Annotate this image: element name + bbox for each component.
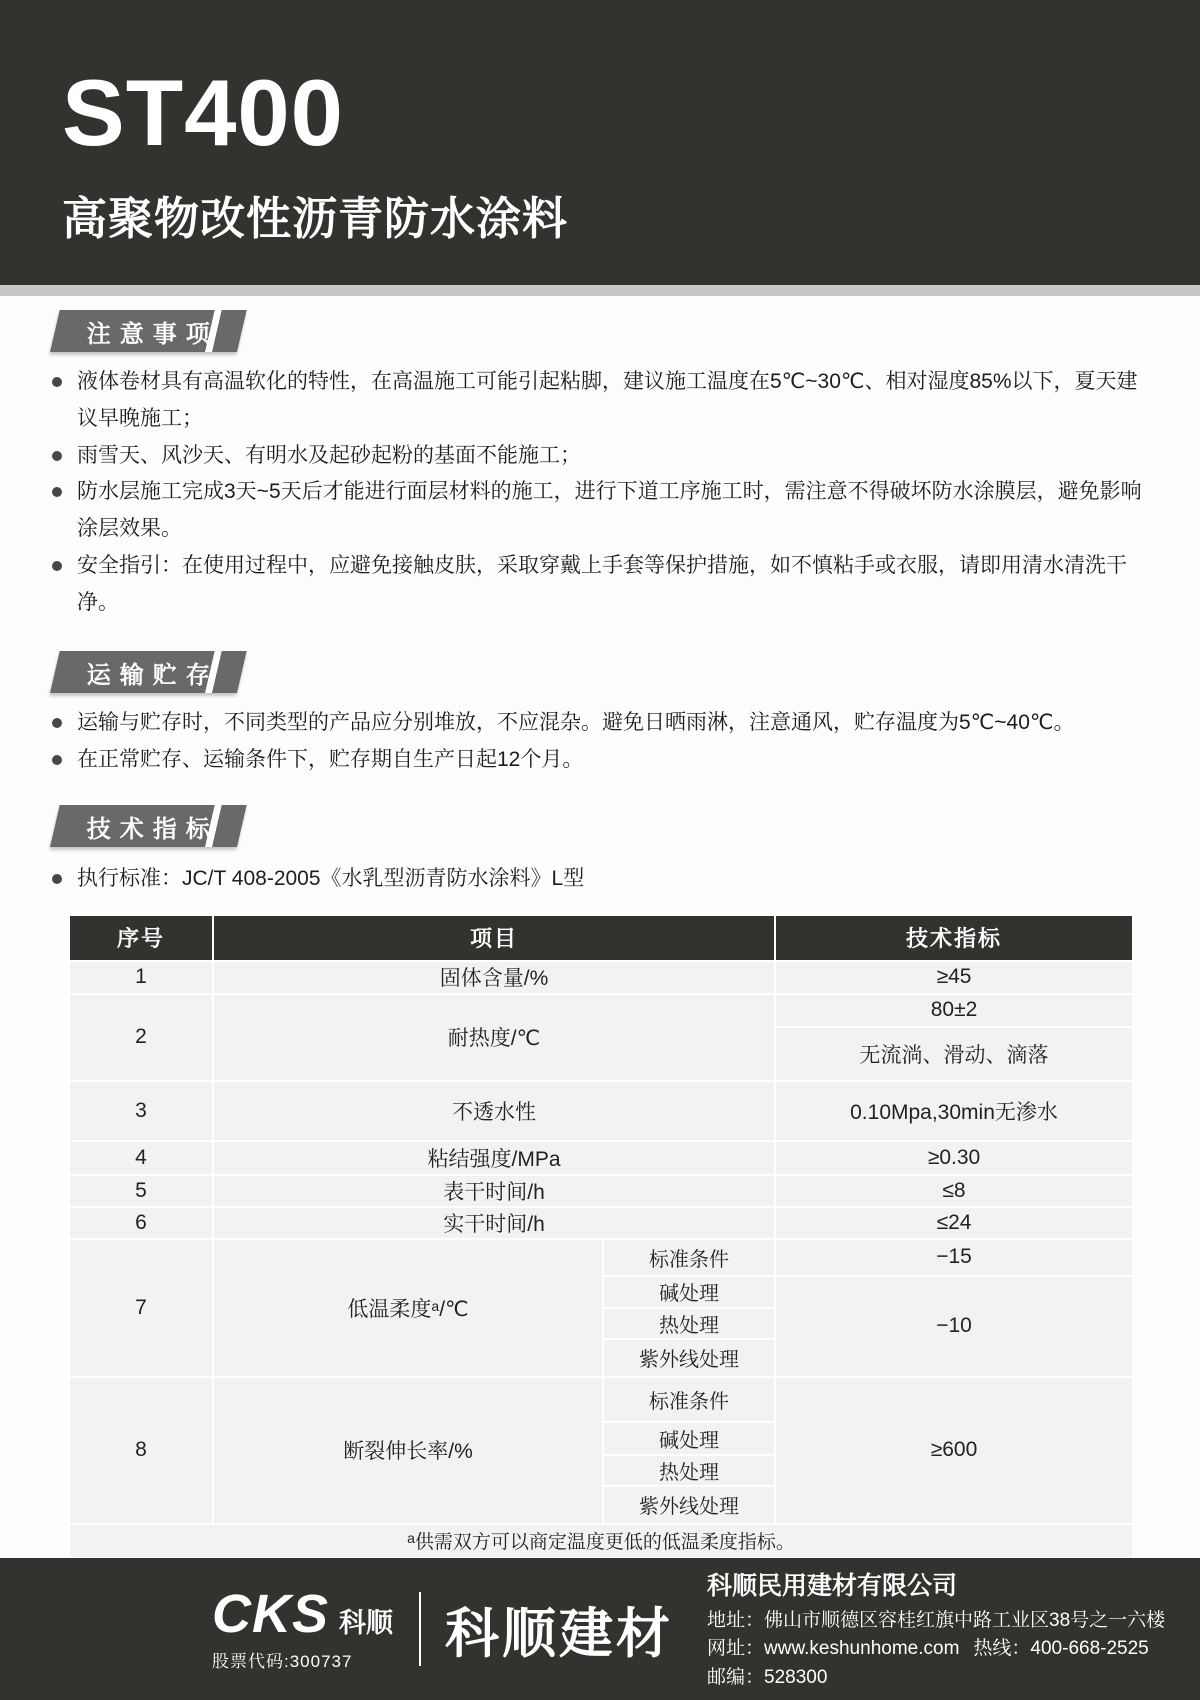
- spec-table: 序号 项目 技术指标 1 固体含量/% ≥45 2 耐热度/℃ 80±2 无流淌…: [68, 914, 1134, 1559]
- product-model-title: ST400: [62, 66, 1200, 160]
- product-subtitle: 高聚物改性沥青防水涂料: [62, 182, 1200, 247]
- row-condition: 热处理: [603, 1455, 775, 1486]
- row-condition: 紫外线处理: [603, 1339, 775, 1377]
- list-item: 雨雪天、风沙天、有明水及起砂起粉的基面不能施工；: [50, 438, 1150, 475]
- zip-line: 邮编：528300: [707, 1664, 1165, 1693]
- hotline-number: 400-668-2525: [1030, 1638, 1148, 1659]
- table-footnote: a供需双方可以商定温度更低的低温柔度指标。: [69, 1524, 1133, 1558]
- list-item: 运输与贮存时，不同类型的产品应分别堆放，不应混杂。避免日晒雨淋，注意通风，贮存温…: [50, 705, 1150, 742]
- footer-divider: [419, 1592, 421, 1666]
- row-condition: 标准条件: [603, 1239, 775, 1276]
- storage-text: 在正常贮存、运输条件下，贮存期自生产日起12个月。: [77, 748, 583, 771]
- bullet-dot-icon: [52, 451, 62, 461]
- table-row: 6 实干时间/h ≤24: [69, 1207, 1133, 1239]
- bullet-dot-icon: [52, 874, 62, 884]
- row-no: 5: [69, 1175, 213, 1207]
- page-header: ST400 高聚物改性沥青防水涂料: [0, 0, 1200, 285]
- row-value: −15: [775, 1239, 1133, 1276]
- row-value: −10: [775, 1276, 1133, 1377]
- standard-text: 执行标准：JC/T 408-2005《水乳型沥青防水涂料》L型: [77, 867, 584, 890]
- bullet-dot-icon: [52, 718, 62, 728]
- table-row: 5 表干时间/h ≤8: [69, 1175, 1133, 1207]
- section-badge-notes: 注意事项: [50, 310, 247, 352]
- website-url: www.keshunhome.com: [764, 1638, 959, 1659]
- table-row: 2 耐热度/℃ 80±2: [69, 994, 1133, 1027]
- table-header-spec: 技术指标: [775, 915, 1133, 961]
- section-badge-storage: 运输贮存: [50, 651, 247, 693]
- row-condition: 标准条件: [603, 1377, 775, 1422]
- table-row: 3 不透水性 0.10Mpa,30min无渗水: [69, 1081, 1133, 1141]
- list-item: 在正常贮存、运输条件下，贮存期自生产日起12个月。: [50, 742, 1150, 779]
- row-no: 1: [69, 961, 213, 994]
- table-row: 8 断裂伸长率/% 标准条件 ≥600: [69, 1377, 1133, 1422]
- note-text: 雨雪天、风沙天、有明水及起砂起粉的基面不能施工；: [77, 444, 581, 467]
- row-condition: 热处理: [603, 1308, 775, 1339]
- note-text: 液体卷材具有高温软化的特性，在高温施工可能引起粘脚，建议施工温度在5℃~30℃、…: [77, 370, 1138, 430]
- row-value: ≥45: [775, 961, 1133, 994]
- notes-list: 液体卷材具有高温软化的特性，在高温施工可能引起粘脚，建议施工温度在5℃~30℃、…: [50, 364, 1150, 621]
- website-line: 网址：www.keshunhome.com热线：400-668-2525: [707, 1635, 1165, 1664]
- company-info: 科顺民用建材有限公司 地址：佛山市顺德区容桂红旗中路工业区38号之一六楼 网址：…: [707, 1566, 1165, 1693]
- row-no: 4: [69, 1141, 213, 1175]
- bullet-dot-icon: [52, 755, 62, 765]
- header-divider-band: [0, 285, 1200, 296]
- note-text: 防水层施工完成3天~5天后才能进行面层材料的施工，进行下道工序施工时，需注意不得…: [77, 480, 1142, 540]
- list-item: 防水层施工完成3天~5天后才能进行面层材料的施工，进行下道工序施工时，需注意不得…: [50, 474, 1150, 548]
- row-item: 耐热度/℃: [213, 994, 775, 1081]
- row-no: 6: [69, 1207, 213, 1239]
- row-item: 表干时间/h: [213, 1175, 775, 1207]
- section-title-specs: 技术指标: [87, 808, 219, 843]
- row-no: 8: [69, 1377, 213, 1524]
- table-footnote-row: a供需双方可以商定温度更低的低温柔度指标。: [69, 1524, 1133, 1558]
- table-row: 1 固体含量/% ≥45: [69, 961, 1133, 994]
- standard-reference-line: 执行标准：JC/T 408-2005《水乳型沥青防水涂料》L型: [50, 861, 1150, 898]
- bullet-dot-icon: [52, 377, 62, 387]
- table-header-item: 项目: [213, 915, 775, 961]
- row-no: 3: [69, 1081, 213, 1141]
- address-line: 地址：佛山市顺德区容桂红旗中路工业区38号之一六楼: [707, 1607, 1165, 1636]
- row-item: 实干时间/h: [213, 1207, 775, 1239]
- page-content: 注意事项 液体卷材具有高温软化的特性，在高温施工可能引起粘脚，建议施工温度在5℃…: [0, 296, 1200, 1558]
- row-item: 不透水性: [213, 1081, 775, 1141]
- table-header-no: 序号: [69, 915, 213, 961]
- row-condition: 碱处理: [603, 1422, 775, 1455]
- footnote-marker: a: [407, 1530, 415, 1546]
- row-value: ≤8: [775, 1175, 1133, 1207]
- storage-list: 运输与贮存时，不同类型的产品应分别堆放，不应混杂。避免日晒雨淋，注意通风，贮存温…: [50, 705, 1150, 779]
- table-row: 4 粘结强度/MPa ≥0.30: [69, 1141, 1133, 1175]
- row-item: 低温柔度a/℃: [213, 1239, 603, 1377]
- row-item: 断裂伸长率/%: [213, 1377, 603, 1524]
- row-condition: 紫外线处理: [603, 1486, 775, 1524]
- cks-logo-text: CKS: [212, 1587, 329, 1641]
- row-item: 固体含量/%: [213, 961, 775, 994]
- brand-name: 科顺建材: [445, 1591, 673, 1668]
- company-logo: CKS 科顺 股票代码:300737: [212, 1587, 393, 1672]
- row-value: 80±2: [775, 994, 1133, 1027]
- list-item: 安全指引：在使用过程中，应避免接触皮肤，采取穿戴上手套等保护措施，如不慎粘手或衣…: [50, 548, 1150, 622]
- row-value: ≥600: [775, 1377, 1133, 1524]
- row-value: ≤24: [775, 1207, 1133, 1239]
- keshun-logo-text: 科顺: [339, 1601, 393, 1640]
- page-footer: CKS 科顺 股票代码:300737 科顺建材 科顺民用建材有限公司 地址：佛山…: [0, 1558, 1200, 1700]
- row-value: ≥0.30: [775, 1141, 1133, 1175]
- row-condition: 碱处理: [603, 1276, 775, 1308]
- row-value: 0.10Mpa,30min无渗水: [775, 1081, 1133, 1141]
- note-text: 安全指引：在使用过程中，应避免接触皮肤，采取穿戴上手套等保护措施，如不慎粘手或衣…: [77, 554, 1127, 614]
- storage-text: 运输与贮存时，不同类型的产品应分别堆放，不应混杂。避免日晒雨淋，注意通风，贮存温…: [77, 711, 1074, 734]
- table-row: 7 低温柔度a/℃ 标准条件 −15: [69, 1239, 1133, 1276]
- row-no: 7: [69, 1239, 213, 1377]
- bullet-dot-icon: [52, 561, 62, 571]
- section-badge-specs: 技术指标: [50, 805, 247, 847]
- list-item: 液体卷材具有高温软化的特性，在高温施工可能引起粘脚，建议施工温度在5℃~30℃、…: [50, 364, 1150, 438]
- stock-code: 股票代码:300737: [212, 1647, 393, 1672]
- row-no: 2: [69, 994, 213, 1081]
- section-title-notes: 注意事项: [87, 314, 219, 349]
- row-item: 粘结强度/MPa: [213, 1141, 775, 1175]
- bullet-dot-icon: [52, 487, 62, 497]
- section-title-storage: 运输贮存: [87, 655, 219, 690]
- company-name: 科顺民用建材有限公司: [707, 1566, 1165, 1602]
- row-value: 无流淌、滑动、滴落: [775, 1027, 1133, 1081]
